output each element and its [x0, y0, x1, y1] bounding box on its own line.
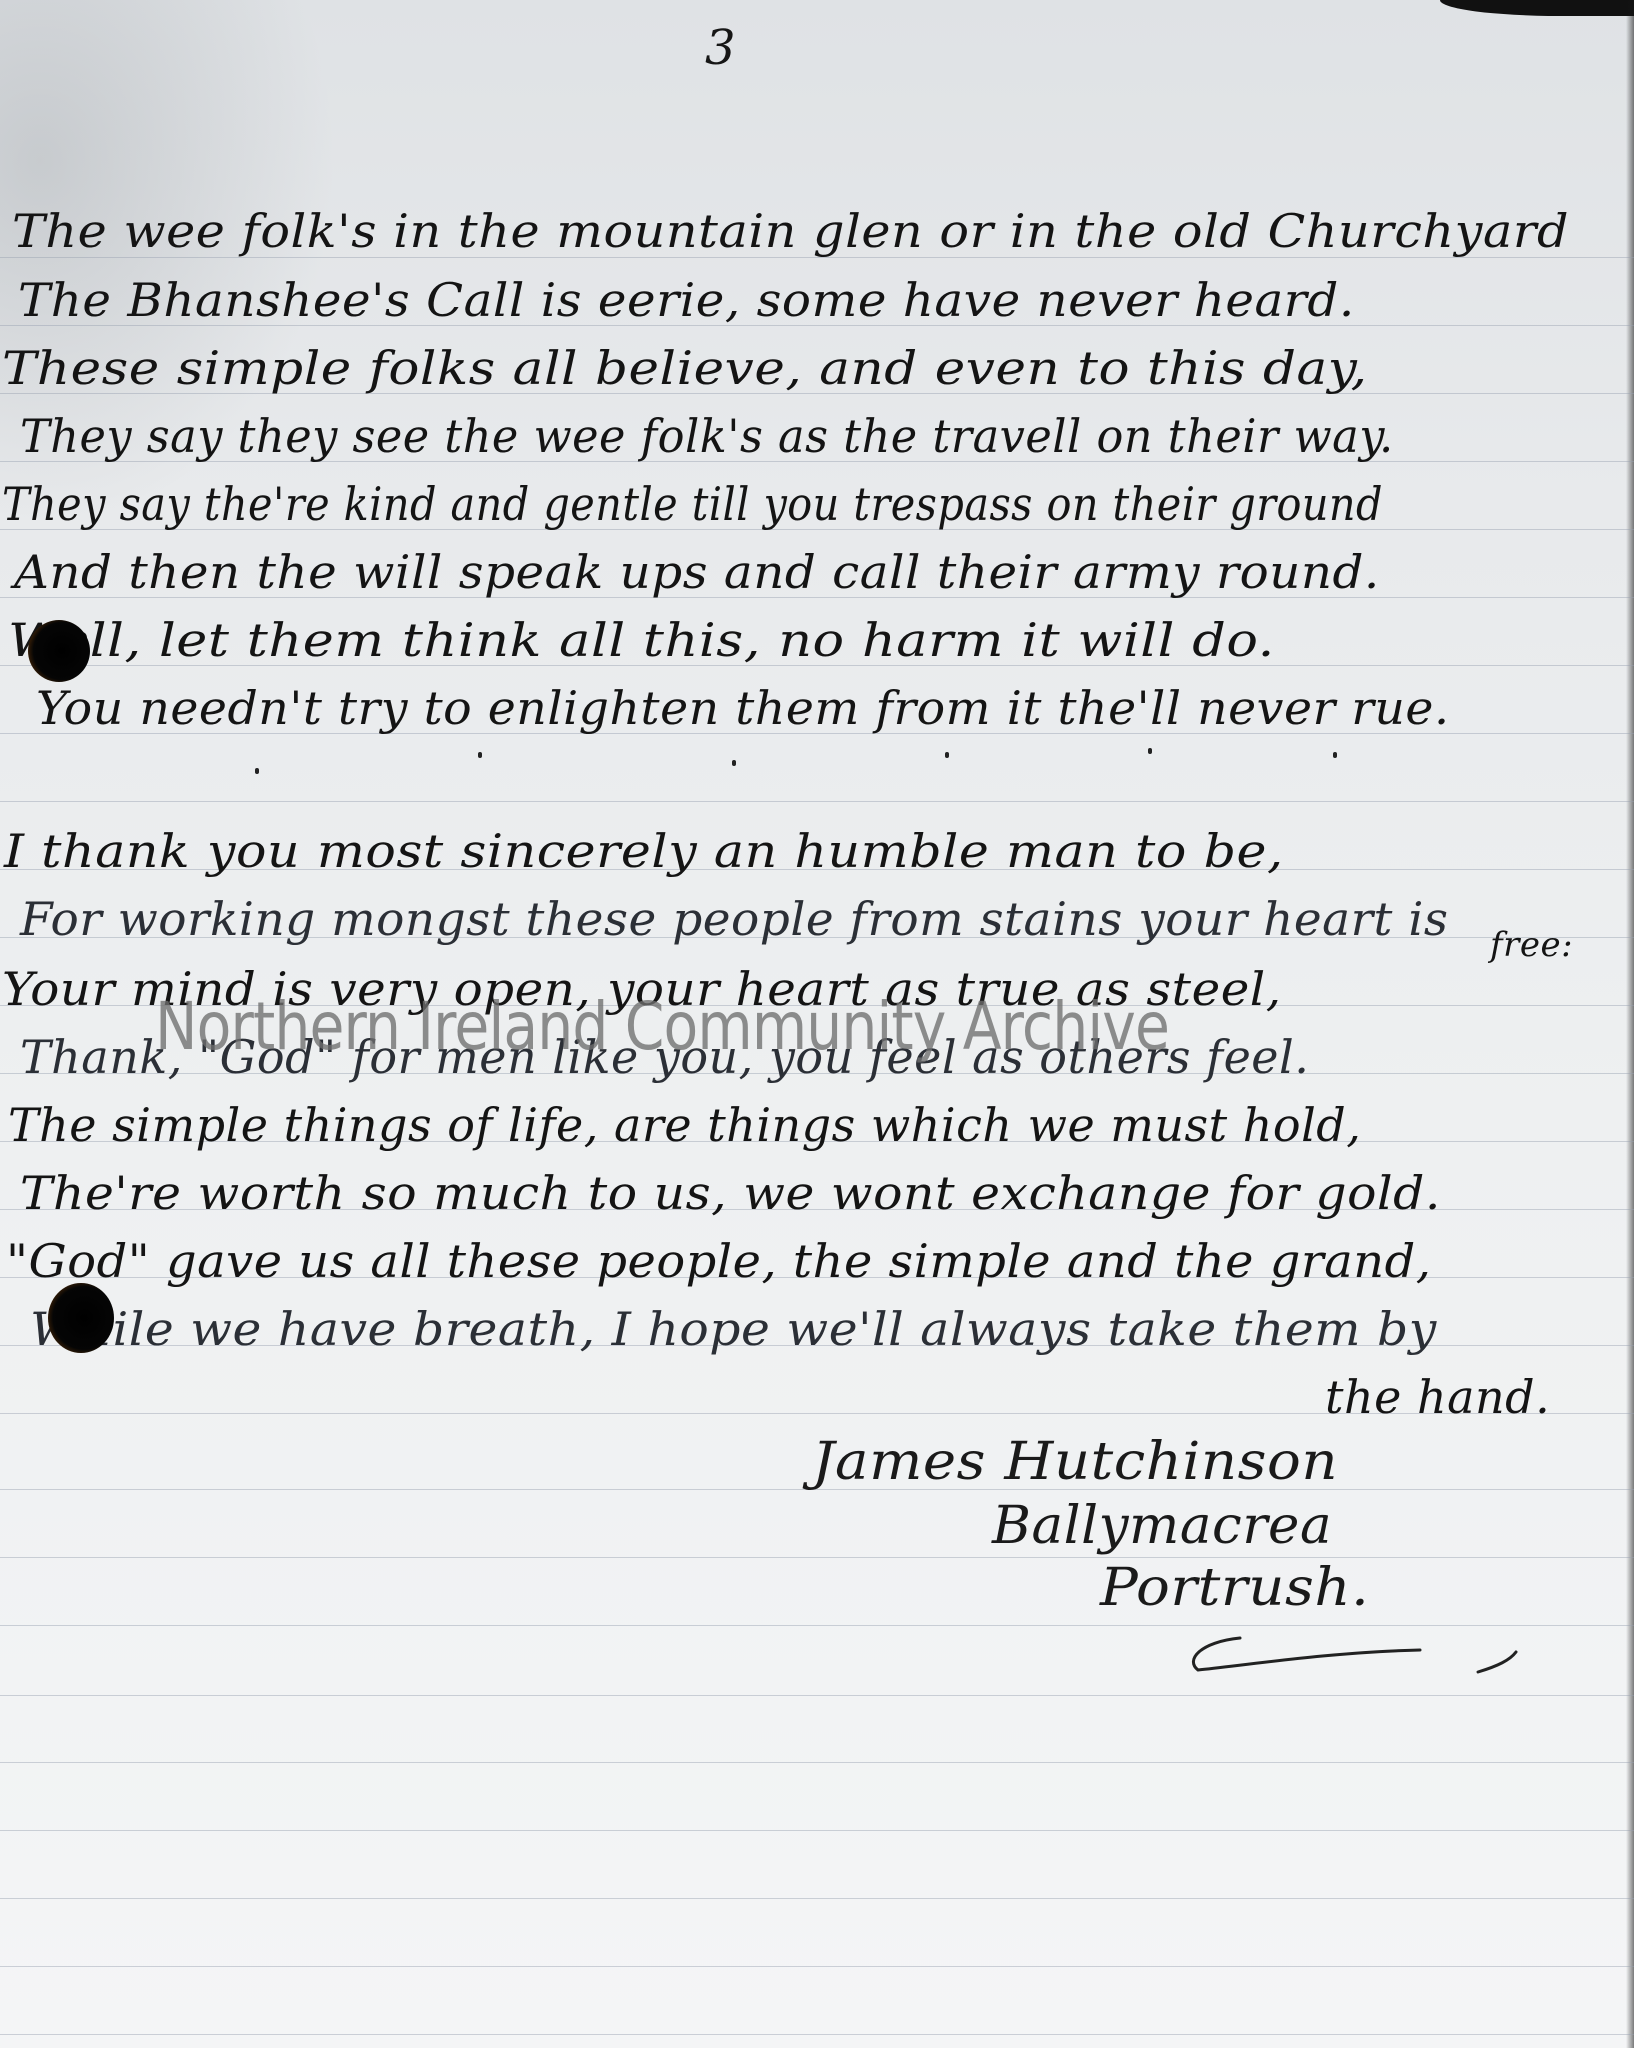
ink-dot — [1333, 752, 1337, 758]
ink-dot — [478, 752, 482, 758]
poem-line: They say they see the wee folk's as the … — [20, 413, 1394, 459]
signature-flourish — [1180, 1630, 1530, 1710]
punch-hole — [28, 620, 90, 682]
punch-hole — [48, 1283, 114, 1353]
poem-line: The wee folk's in the mountain glen or i… — [12, 208, 1569, 254]
poem-line: The simple things of life, are things wh… — [8, 1102, 1361, 1148]
archive-watermark: Northern Ireland Community Archive — [155, 988, 1290, 1065]
rule-line — [0, 1557, 1634, 1558]
ink-dot — [732, 760, 736, 766]
poem-line-continuation: the hand. — [1325, 1374, 1550, 1420]
poem-line: I thank you most sincerely an humble man… — [4, 828, 1284, 874]
poem-line: These simple folks all believe, and even… — [2, 345, 1368, 391]
signature-place: Ballymacrea — [992, 1500, 1332, 1552]
poem-line: They say the're kind and gentle till you… — [2, 481, 1383, 527]
ink-dot — [255, 768, 259, 774]
poem-line: The're worth so much to us, we wont exch… — [20, 1170, 1441, 1216]
rule-line — [0, 1762, 1634, 1763]
poem-line: You needn't try to enlighten them from i… — [36, 685, 1450, 731]
signature-town: Portrush. — [1100, 1562, 1369, 1614]
poem-line: "God" gave us all these people, the simp… — [6, 1238, 1431, 1284]
rule-line — [0, 1898, 1634, 1899]
ink-dot — [945, 752, 949, 758]
rule-line — [0, 801, 1634, 802]
signature-name: James Hutchinson — [812, 1436, 1338, 1488]
letter-page: 3 The wee folk's in the mountain glen or… — [0, 0, 1634, 2048]
poem-line: The Bhanshee's Call is eerie, some have … — [18, 277, 1355, 323]
rule-line — [0, 2034, 1634, 2035]
ink-dot — [1148, 748, 1152, 754]
inserted-word-free: free: — [1490, 928, 1573, 962]
rule-line — [0, 1966, 1634, 1967]
rule-line — [0, 1625, 1634, 1626]
page-number: 3 — [705, 20, 736, 76]
poem-line: Well, let them think all this, no harm i… — [8, 617, 1275, 663]
poem-line: And then the will speak ups and call the… — [14, 549, 1380, 595]
rule-line — [0, 1830, 1634, 1831]
poem-line: While we have breath, I hope we'll alway… — [30, 1306, 1437, 1352]
poem-line: For working mongst these people from sta… — [20, 896, 1448, 942]
